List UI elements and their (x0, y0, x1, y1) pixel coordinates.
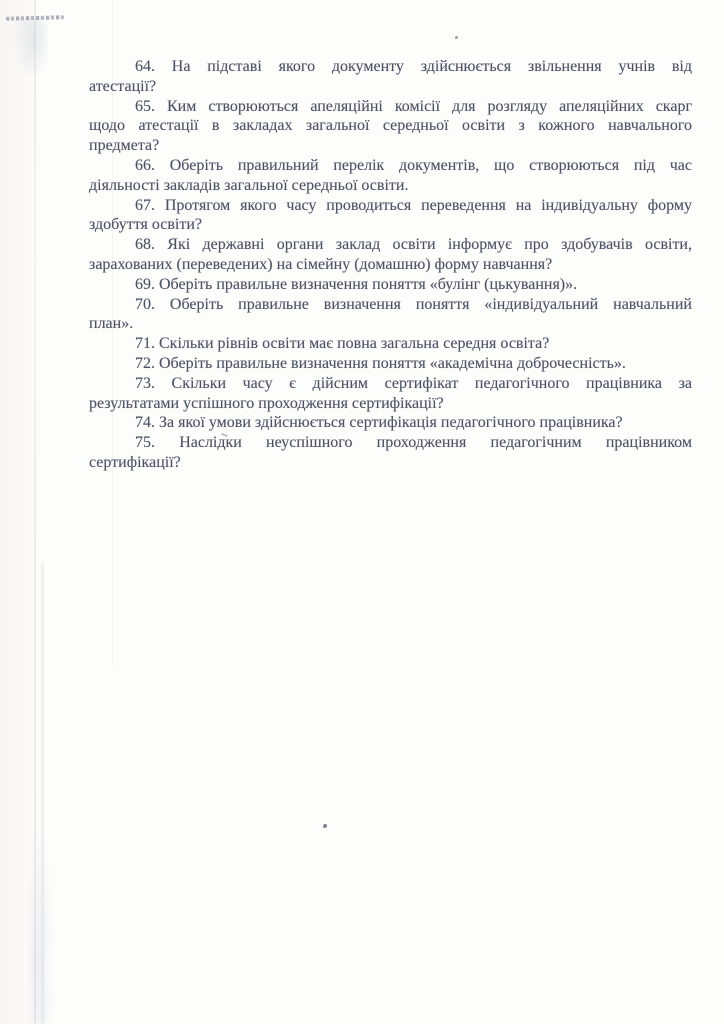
question-65-line-2: щодо атестації в закладах загальної сере… (89, 116, 692, 136)
question-74-line-1: 74. За якої умови здійснюється сертифіка… (89, 413, 692, 433)
question-72-line-1: 72. Оберіть правильне визначення поняття… (89, 354, 692, 374)
question-65-line-1: 65. Ким створюються апеляційні комісії д… (89, 97, 692, 117)
question-66: 66. Оберіть правильний перелік документі… (89, 156, 692, 196)
question-73-line-1: 73. Скільки часу є дійсним сертифікат пе… (89, 374, 692, 394)
question-64-line-1: 64. На підставі якого документу здійснює… (89, 57, 692, 77)
question-69-line-1: 69. Оберіть правильне визначення поняття… (89, 275, 692, 295)
question-64: 64. На підставі якого документу здійснює… (89, 57, 692, 97)
question-70-line-2: план». (89, 314, 692, 334)
question-74: 74. За якої умови здійснюється сертифіка… (89, 413, 692, 433)
question-73-line-2: результатами успішного проходження серти… (89, 394, 692, 414)
question-65: 65. Ким створюються апеляційні комісії д… (89, 97, 692, 156)
scan-smudge-top (15, 20, 47, 76)
question-72: 72. Оберіть правильне визначення поняття… (89, 354, 692, 374)
question-68-line-2: зарахованих (переведених) на сімейну (до… (89, 255, 692, 275)
question-67-line-1: 67. Протягом якого часу проводиться пере… (89, 196, 692, 216)
question-75-line-2: сертифікації? (89, 453, 692, 473)
question-67-line-2: здобуття освіти? (89, 215, 692, 235)
ink-speck (323, 824, 327, 828)
question-69: 69. Оберіть правильне визначення поняття… (89, 275, 692, 295)
question-66-line-1: 66. Оберіть правильний перелік документі… (89, 156, 692, 176)
question-70: 70. Оберіть правильне визначення поняття… (89, 295, 692, 335)
question-65-line-3: предмета? (89, 136, 692, 156)
question-64-line-2: атестації? (89, 77, 692, 97)
scan-smudge-bottom (26, 834, 52, 1024)
question-71: 71. Скільки рівнів освіти має повна зага… (89, 334, 692, 354)
question-71-line-1: 71. Скільки рівнів освіти має повна зага… (89, 334, 692, 354)
question-73: 73. Скільки часу є дійсним сертифікат пе… (89, 374, 692, 414)
ink-speck (455, 36, 458, 39)
question-68: 68. Які державні органи заклад освіти ін… (89, 235, 692, 275)
scanned-page: 64. На підставі якого документу здійснює… (0, 0, 724, 1024)
question-66-line-2: діяльності закладів загальної середньої … (89, 176, 692, 196)
question-list: 64. На підставі якого документу здійснює… (89, 57, 692, 473)
question-68-line-1: 68. Які державні органи заклад освіти ін… (89, 235, 692, 255)
question-70-line-1: 70. Оберіть правильне визначення поняття… (89, 295, 692, 315)
question-75-line-1: 75. Наслідки неуспішного проходження пед… (89, 433, 692, 453)
question-75: 75. Наслідки неуспішного проходження пед… (89, 433, 692, 473)
question-67: 67. Протягом якого часу проводиться пере… (89, 196, 692, 236)
